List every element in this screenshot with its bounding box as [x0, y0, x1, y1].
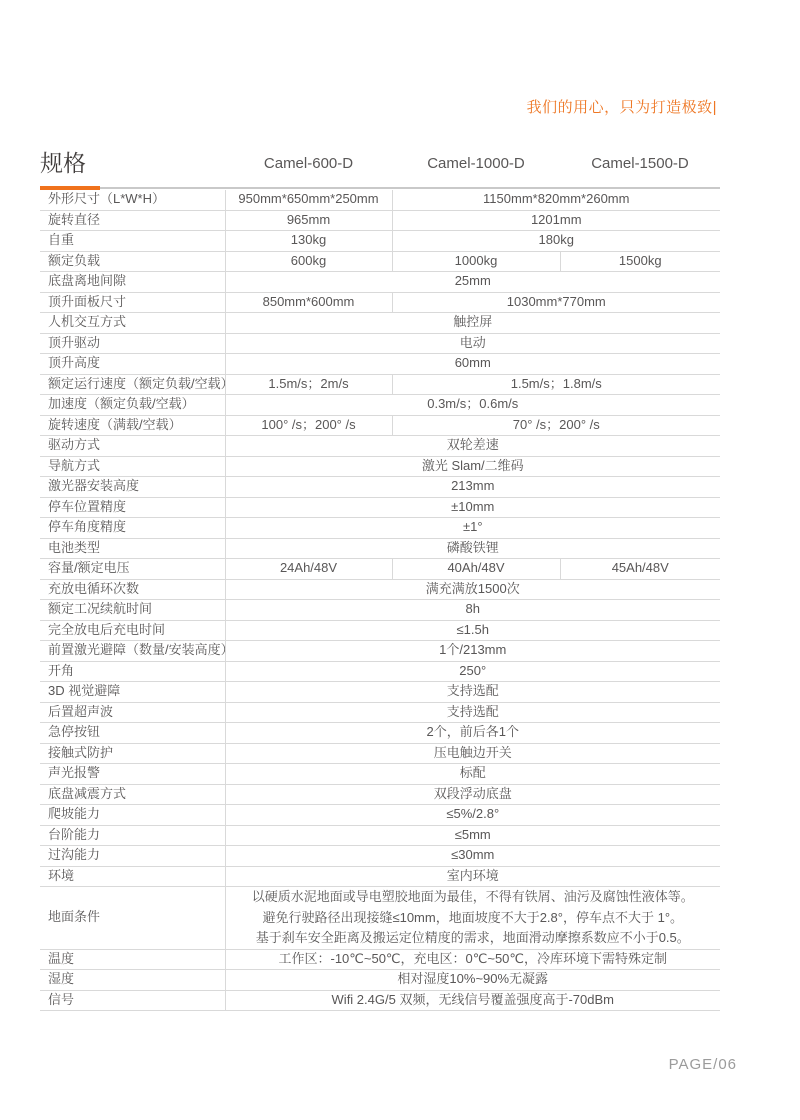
spec-row-label: 外形尺寸（L*W*H） — [40, 190, 225, 210]
spec-row-label: 驱动方式 — [40, 436, 225, 457]
spec-row-value: 600kg — [225, 251, 392, 272]
spec-row-label: 顶升面板尺寸 — [40, 292, 225, 313]
spec-row-label: 导航方式 — [40, 456, 225, 477]
spec-row-value: 950mm*650mm*250mm — [225, 190, 392, 210]
spec-row-label: 人机交互方式 — [40, 313, 225, 334]
table-row: 底盘离地间隙25mm — [40, 272, 720, 293]
spec-row-label: 开角 — [40, 661, 225, 682]
table-row: 旋转直径965mm1201mm — [40, 210, 720, 231]
spec-row-label: 容量/额定电压 — [40, 559, 225, 580]
table-row: 3D 视觉避障支持选配 — [40, 682, 720, 703]
column-header-camel-600-d: Camel-600-D — [225, 155, 392, 177]
spec-row-label: 过沟能力 — [40, 846, 225, 867]
spec-row-value: 支持选配 — [225, 702, 720, 723]
spec-row-value: 激光 Slam/二维码 — [225, 456, 720, 477]
spec-value-line: 避免行驶路径出现接缝≤10mm，地面坡度不大于2.8°，停车点不大于 1°。 — [226, 908, 721, 929]
spec-row-label: 地面条件 — [40, 887, 225, 950]
spec-row-value: 满充满放1500次 — [225, 579, 720, 600]
spec-row-label: 底盘减震方式 — [40, 784, 225, 805]
table-row: 爬坡能力≤5%/2.8° — [40, 805, 720, 826]
table-row: 旋转速度（满载/空载）100° /s；200° /s70° /s；200° /s — [40, 415, 720, 436]
spec-table: 外形尺寸（L*W*H）950mm*650mm*250mm1150mm*820mm… — [40, 190, 720, 1011]
spec-row-label: 顶升驱动 — [40, 333, 225, 354]
spec-value-line: 以硬质水泥地面或导电塑胶地面为最佳，不得有铁屑、油污及腐蚀性液体等。 — [226, 887, 721, 908]
spec-row-label: 额定工况续航时间 — [40, 600, 225, 621]
spec-row-value: 1.5m/s；1.8m/s — [392, 374, 720, 395]
spec-row-value: 25mm — [225, 272, 720, 293]
table-row: 台阶能力≤5mm — [40, 825, 720, 846]
table-row: 充放电循环次数满充满放1500次 — [40, 579, 720, 600]
spec-row-value: 1000kg — [392, 251, 560, 272]
spec-row-value: ≤5mm — [225, 825, 720, 846]
spec-row-value: 磷酸铁锂 — [225, 538, 720, 559]
spec-row-value: 1个/213mm — [225, 641, 720, 662]
spec-row-label: 湿度 — [40, 970, 225, 991]
spec-row-value: 标配 — [225, 764, 720, 785]
table-row: 前置激光避障（数量/安装高度）1个/213mm — [40, 641, 720, 662]
spec-row-label: 3D 视觉避障 — [40, 682, 225, 703]
table-row: 信号Wifi 2.4G/5 双频，无线信号覆盖强度高于-70dBm — [40, 990, 720, 1011]
spec-row-label: 台阶能力 — [40, 825, 225, 846]
table-row: 环境室内环境 — [40, 866, 720, 887]
spec-row-value: 相对湿度10%~90%无凝露 — [225, 970, 720, 991]
spec-row-value: ±1° — [225, 518, 720, 539]
spec-row-value: 1201mm — [392, 210, 720, 231]
spec-row-value: ≤30mm — [225, 846, 720, 867]
table-row: 底盘减震方式双段浮动底盘 — [40, 784, 720, 805]
spec-sheet-page: 我们的用心，只为打造极致| 规格 Camel-600-D Camel-1000-… — [0, 0, 800, 1120]
spec-row-value: 8h — [225, 600, 720, 621]
table-row: 接触式防护压电触边开关 — [40, 743, 720, 764]
column-header-camel-1000-d: Camel-1000-D — [392, 155, 560, 177]
spec-row-value: 1.5m/s；2m/s — [225, 374, 392, 395]
spec-row-value: 180kg — [392, 231, 720, 252]
spec-row-value: 2个，前后各1个 — [225, 723, 720, 744]
spec-row-label: 加速度（额定负载/空载） — [40, 395, 225, 416]
table-row: 自重130kg180kg — [40, 231, 720, 252]
spec-row-value: 250° — [225, 661, 720, 682]
spec-header: 规格 Camel-600-D Camel-1000-D Camel-1500-D — [40, 152, 720, 177]
spec-row-value: 850mm*600mm — [225, 292, 392, 313]
spec-row-value: 0.3m/s；0.6m/s — [225, 395, 720, 416]
spec-row-value: ≤5%/2.8° — [225, 805, 720, 826]
spec-row-label: 完全放电后充电时间 — [40, 620, 225, 641]
table-row: 激光器安装高度213mm — [40, 477, 720, 498]
spec-row-value: 支持选配 — [225, 682, 720, 703]
table-row: 地面条件以硬质水泥地面或导电塑胶地面为最佳，不得有铁屑、油污及腐蚀性液体等。避免… — [40, 887, 720, 950]
spec-row-value: 1150mm*820mm*260mm — [392, 190, 720, 210]
spec-row-value: 40Ah/48V — [392, 559, 560, 580]
spec-row-label: 额定负载 — [40, 251, 225, 272]
spec-row-label: 额定运行速度（额定负载/空载） — [40, 374, 225, 395]
spec-row-value: 以硬质水泥地面或导电塑胶地面为最佳，不得有铁屑、油污及腐蚀性液体等。避免行驶路径… — [225, 887, 720, 950]
spec-row-value: 双轮差速 — [225, 436, 720, 457]
spec-row-label: 前置激光避障（数量/安装高度） — [40, 641, 225, 662]
table-row: 容量/额定电压24Ah/48V40Ah/48V45Ah/48V — [40, 559, 720, 580]
spec-row-label: 顶升高度 — [40, 354, 225, 375]
table-row: 人机交互方式触控屏 — [40, 313, 720, 334]
spec-row-label: 温度 — [40, 949, 225, 970]
table-row: 驱动方式双轮差速 — [40, 436, 720, 457]
spec-row-label: 充放电循环次数 — [40, 579, 225, 600]
spec-row-value: 电动 — [225, 333, 720, 354]
table-row: 停车位置精度±10mm — [40, 497, 720, 518]
section-title: 规格 — [40, 152, 225, 177]
spec-row-value: 工作区：-10℃~50℃，充电区：0℃~50℃，冷库环境下需特殊定制 — [225, 949, 720, 970]
spec-row-label: 旋转速度（满载/空载） — [40, 415, 225, 436]
table-row: 额定运行速度（额定负载/空载）1.5m/s；2m/s1.5m/s；1.8m/s — [40, 374, 720, 395]
spec-value-line: 基于刹车安全距离及搬运定位精度的需求，地面滑动摩擦系数应不小于0.5。 — [226, 928, 721, 949]
spec-row-label: 急停按钮 — [40, 723, 225, 744]
spec-row-label: 停车角度精度 — [40, 518, 225, 539]
heading-rule-gray — [40, 187, 720, 189]
spec-row-label: 底盘离地间隙 — [40, 272, 225, 293]
spec-row-value: 130kg — [225, 231, 392, 252]
spec-row-label: 激光器安装高度 — [40, 477, 225, 498]
table-row: 开角250° — [40, 661, 720, 682]
spec-row-value: ≤1.5h — [225, 620, 720, 641]
spec-row-label: 电池类型 — [40, 538, 225, 559]
table-row: 温度工作区：-10℃~50℃，充电区：0℃~50℃，冷库环境下需特殊定制 — [40, 949, 720, 970]
table-row: 电池类型磷酸铁锂 — [40, 538, 720, 559]
spec-row-value: 213mm — [225, 477, 720, 498]
spec-row-value: 100° /s；200° /s — [225, 415, 392, 436]
table-row: 完全放电后充电时间≤1.5h — [40, 620, 720, 641]
spec-row-value: 双段浮动底盘 — [225, 784, 720, 805]
table-row: 额定负载600kg1000kg1500kg — [40, 251, 720, 272]
table-row: 后置超声波支持选配 — [40, 702, 720, 723]
page-number: PAGE/06 — [669, 1056, 737, 1073]
spec-row-value: 触控屏 — [225, 313, 720, 334]
column-header-camel-1500-d: Camel-1500-D — [560, 155, 720, 177]
spec-row-value: 60mm — [225, 354, 720, 375]
spec-row-value: Wifi 2.4G/5 双频，无线信号覆盖强度高于-70dBm — [225, 990, 720, 1011]
table-row: 加速度（额定负载/空载）0.3m/s；0.6m/s — [40, 395, 720, 416]
spec-row-label: 爬坡能力 — [40, 805, 225, 826]
spec-row-value: 1030mm*770mm — [392, 292, 720, 313]
table-row: 急停按钮2个，前后各1个 — [40, 723, 720, 744]
spec-row-value: 45Ah/48V — [560, 559, 720, 580]
spec-row-value: 70° /s；200° /s — [392, 415, 720, 436]
table-row: 顶升高度60mm — [40, 354, 720, 375]
spec-row-value: 24Ah/48V — [225, 559, 392, 580]
spec-row-value: 965mm — [225, 210, 392, 231]
table-row: 湿度相对湿度10%~90%无凝露 — [40, 970, 720, 991]
table-row: 过沟能力≤30mm — [40, 846, 720, 867]
spec-row-value: ±10mm — [225, 497, 720, 518]
table-row: 顶升面板尺寸850mm*600mm1030mm*770mm — [40, 292, 720, 313]
table-row: 声光报警标配 — [40, 764, 720, 785]
spec-row-value: 室内环境 — [225, 866, 720, 887]
spec-row-label: 声光报警 — [40, 764, 225, 785]
table-row: 额定工况续航时间8h — [40, 600, 720, 621]
table-row: 停车角度精度±1° — [40, 518, 720, 539]
brand-slogan: 我们的用心，只为打造极致| — [527, 96, 717, 117]
spec-row-label: 后置超声波 — [40, 702, 225, 723]
spec-row-label: 旋转直径 — [40, 210, 225, 231]
spec-row-value: 压电触边开关 — [225, 743, 720, 764]
spec-table-body: 外形尺寸（L*W*H）950mm*650mm*250mm1150mm*820mm… — [40, 190, 720, 1011]
spec-row-label: 自重 — [40, 231, 225, 252]
table-row: 顶升驱动电动 — [40, 333, 720, 354]
spec-row-label: 停车位置精度 — [40, 497, 225, 518]
spec-row-value: 1500kg — [560, 251, 720, 272]
spec-row-label: 信号 — [40, 990, 225, 1011]
table-row: 外形尺寸（L*W*H）950mm*650mm*250mm1150mm*820mm… — [40, 190, 720, 210]
table-row: 导航方式激光 Slam/二维码 — [40, 456, 720, 477]
spec-row-label: 环境 — [40, 866, 225, 887]
spec-row-label: 接触式防护 — [40, 743, 225, 764]
